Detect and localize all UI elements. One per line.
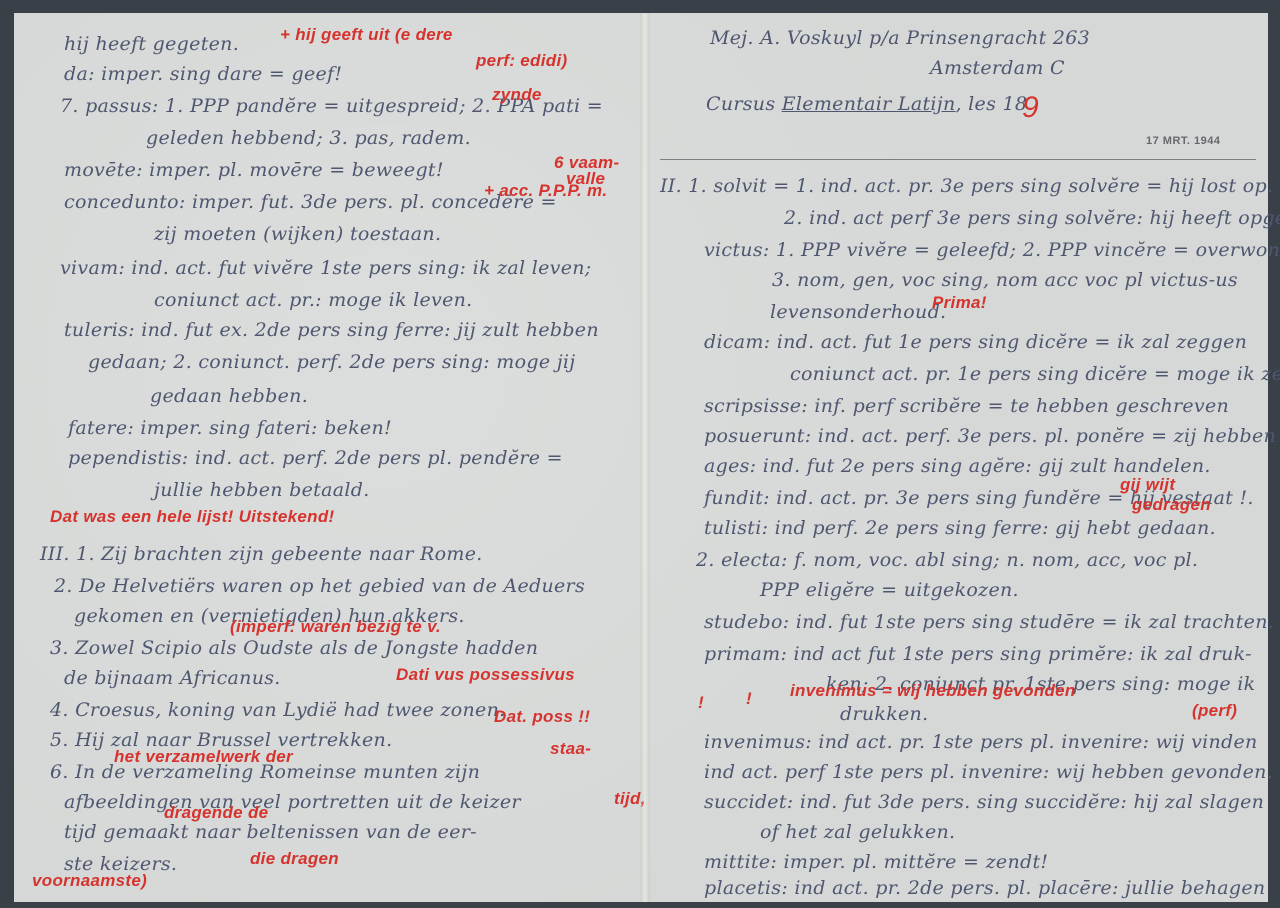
- handwritten-line: 3. Zowel Scipio als Oudste als de Jongst…: [50, 637, 538, 659]
- left-page: hij heeft gegeten.da: imper. sing dare =…: [14, 13, 640, 902]
- handwritten-line: zij moeten (wijken) toestaan.: [154, 223, 441, 245]
- handwritten-line: fatere: imper. sing fateri: beken!: [68, 417, 392, 439]
- red-correction: zynde: [492, 85, 542, 105]
- handwritten-line: de bijnaam Africanus.: [64, 667, 281, 689]
- handwritten-line: jullie hebben betaald.: [154, 479, 370, 501]
- handwritten-line: gedaan; 2. coniunct. perf. 2de pers sing…: [88, 351, 575, 373]
- red-correction: dragende de: [164, 803, 268, 823]
- red-correction: Prima!: [932, 293, 987, 313]
- handwritten-line: 3. nom, gen, voc sing, nom acc voc pl vi…: [772, 269, 1238, 291]
- page-fold: [640, 13, 650, 902]
- handwritten-line: 2. ind. act perf 3e pers sing solvĕre: h…: [784, 207, 1280, 229]
- handwritten-line: da: imper. sing dare = geef!: [64, 63, 342, 85]
- red-correction: + hij geeft uit (e dere: [280, 25, 453, 45]
- red-correction: (perf): [1192, 701, 1237, 721]
- handwritten-line: placetis: ind act. pr. 2de pers. pl. pla…: [704, 877, 1265, 899]
- red-correction: voornaamste): [32, 871, 147, 891]
- red-correction: !: [746, 689, 752, 709]
- handwritten-line: geleden hebbend; 3. pas, radem.: [146, 127, 471, 149]
- handwritten-line: mittite: imper. pl. mittĕre = zendt!: [704, 851, 1048, 873]
- handwritten-line: pependistis: ind. act. perf. 2de pers pl…: [68, 447, 563, 469]
- red-correction: gedragen: [1132, 495, 1211, 515]
- handwritten-line: afbeeldingen van veel portretten uit de …: [64, 791, 521, 813]
- handwritten-line: II. 1. solvit = 1. ind. act. pr. 3e pers…: [660, 175, 1273, 197]
- handwritten-line: drukken.: [840, 703, 928, 725]
- handwritten-line: succidet: ind. fut 3de pers. sing succid…: [704, 791, 1264, 813]
- handwritten-line: gedaan hebben.: [150, 385, 308, 407]
- handwritten-line: movēte: imper. pl. movēre = beweegt!: [64, 159, 444, 181]
- city-line: Amsterdam C: [930, 57, 1065, 79]
- handwritten-line: scripsisse: inf. perf scribĕre = te hebb…: [704, 395, 1229, 417]
- addressee-line: Mej. A. Voskuyl p/a Prinsengracht 263: [710, 27, 1090, 49]
- handwritten-line: concedunto: imper. fut. 3de pers. pl. co…: [64, 191, 557, 213]
- red-correction: !: [698, 693, 704, 713]
- handwritten-line: tuleris: ind. fut ex. 2de pers sing ferr…: [64, 319, 599, 341]
- handwritten-line: posuerunt: ind. act. perf. 3e pers. pl. …: [704, 425, 1280, 447]
- handwritten-line: 4. Croesus, koning van Lydië had twee zo…: [50, 699, 505, 721]
- handwritten-line: coniunct act. pr. 1e pers sing dicĕre = …: [790, 363, 1280, 385]
- date-stamp: 17 MRT. 1944: [1146, 135, 1220, 147]
- handwritten-line: invenimus: ind act. pr. 1ste pers pl. in…: [704, 731, 1258, 753]
- handwritten-line: primam: ind act fut 1ste pers sing primĕ…: [704, 643, 1252, 665]
- handwritten-line: 2. electa: f. nom, voc. abl sing; n. nom…: [696, 549, 1198, 571]
- handwritten-line: levensonderhoud.: [770, 301, 946, 323]
- handwritten-line: studebo: ind. fut 1ste pers sing studēre…: [704, 611, 1274, 633]
- header-divider: [660, 159, 1256, 160]
- course-prefix: Cursus: [706, 93, 775, 115]
- handwritten-line: victus: 1. PPP vivĕre = geleefd; 2. PPP …: [704, 239, 1280, 261]
- red-correction: staa-: [550, 739, 591, 759]
- right-page: Mej. A. Voskuyl p/a Prinsengracht 263 Am…: [650, 13, 1268, 902]
- red-correction: Dat. poss !!: [494, 707, 590, 727]
- red-correction: Dat was een hele lijst! Uitstekend!: [50, 507, 334, 527]
- course-line: Cursus Elementair Latijn, les 18.: [706, 93, 1034, 115]
- handwritten-line: hij heeft gegeten.: [64, 33, 239, 55]
- handwritten-line: ages: ind. fut 2e pers sing agĕre: gij z…: [704, 455, 1211, 477]
- red-correction: + acc. P.P.P. m.: [484, 181, 607, 201]
- grade-mark: 9: [1022, 91, 1039, 125]
- handwritten-line: 2. De Helvetiërs waren op het gebied van…: [54, 575, 585, 597]
- course-title: Elementair Latijn: [782, 93, 956, 115]
- document-sheet: hij heeft gegeten.da: imper. sing dare =…: [14, 13, 1268, 902]
- handwritten-line: ind act. perf 1ste pers pl. invenire: wi…: [704, 761, 1273, 783]
- handwritten-line: coniunct act. pr.: moge ik leven.: [154, 289, 473, 311]
- red-correction: die dragen: [250, 849, 339, 869]
- handwritten-line: tijd gemaakt naar beltenissen van de eer…: [64, 821, 477, 843]
- handwritten-line: PPP eligĕre = uitgekozen.: [760, 579, 1019, 601]
- red-correction: Dati vus possessivus: [396, 665, 575, 685]
- red-correction: (imperf: waren bezig te v.: [230, 617, 441, 637]
- red-correction: invenimus = wij hebben gevonden: [790, 681, 1076, 701]
- red-correction: perf: edidi): [476, 51, 567, 71]
- red-correction: gij wijt: [1120, 475, 1175, 495]
- handwritten-line: III. 1. Zij brachten zijn gebeente naar …: [40, 543, 483, 565]
- red-correction: het verzamelwerk der: [114, 747, 293, 767]
- handwritten-line: vivam: ind. act. fut vivĕre 1ste pers si…: [60, 257, 592, 279]
- handwritten-line: dicam: ind. act. fut 1e pers sing dicĕre…: [704, 331, 1247, 353]
- handwritten-line: of het zal gelukken.: [760, 821, 955, 843]
- handwritten-line: tulisti: ind perf. 2e pers sing ferre: g…: [704, 517, 1216, 539]
